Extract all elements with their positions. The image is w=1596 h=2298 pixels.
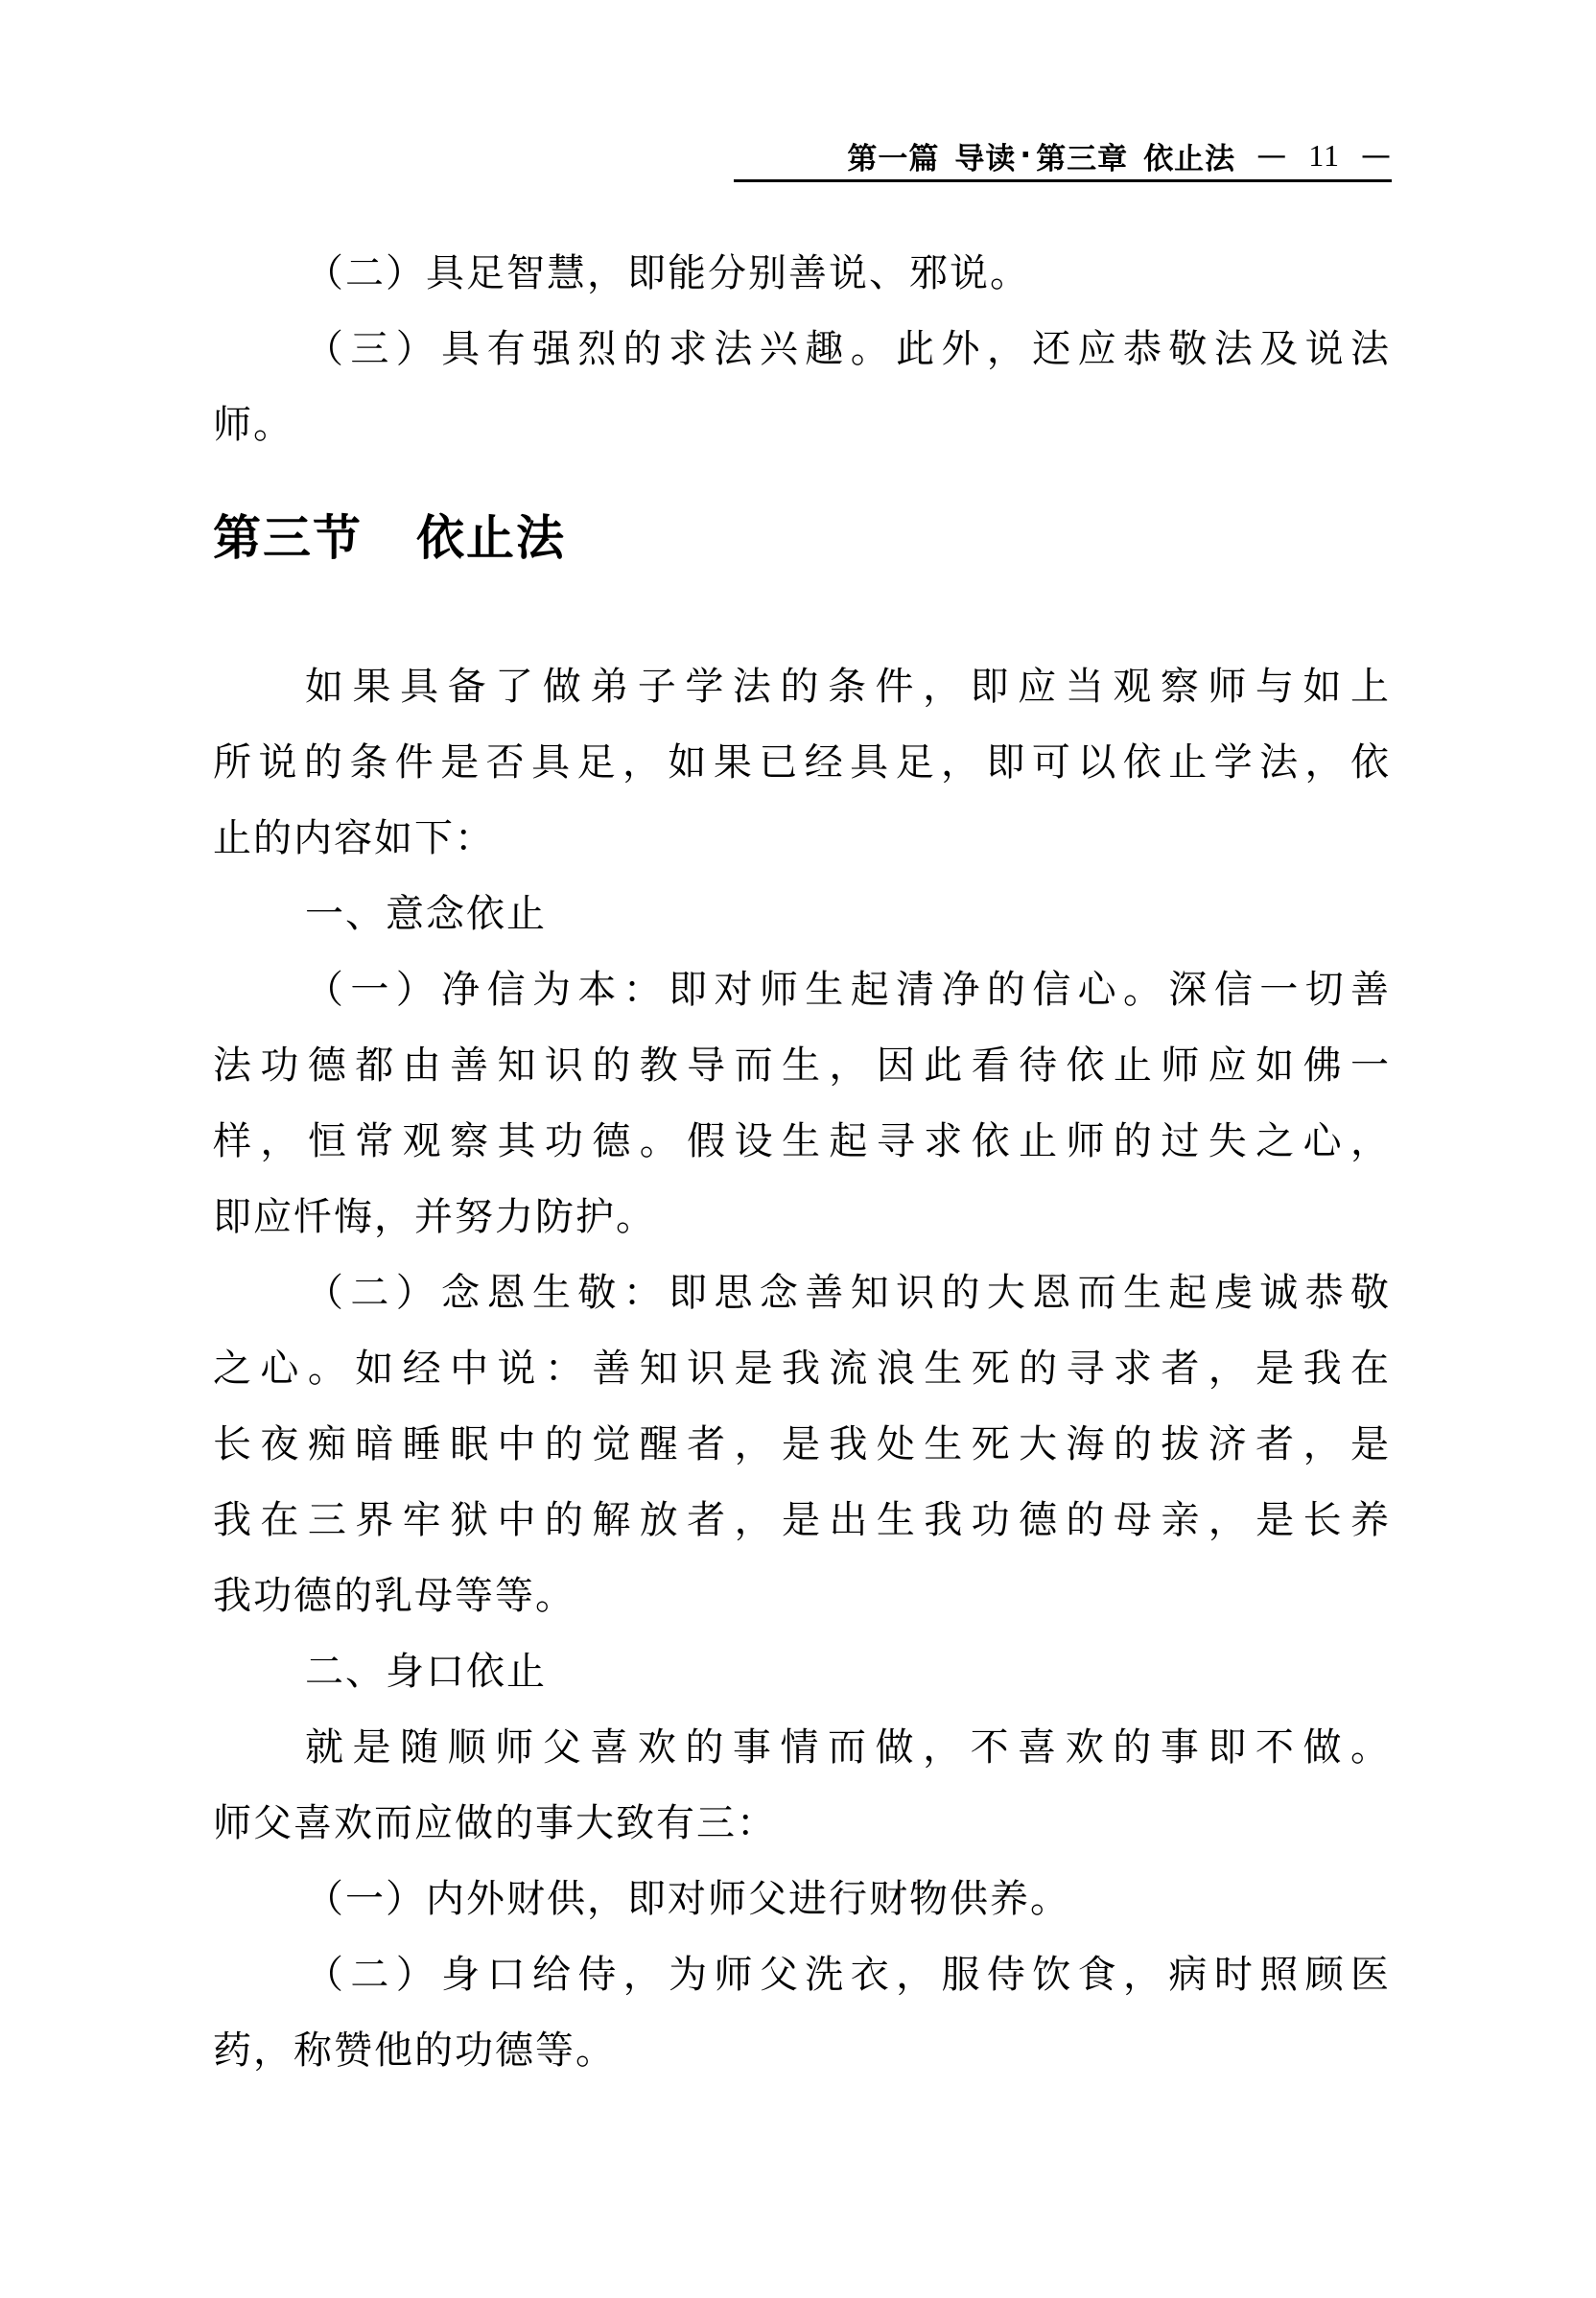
subheading-mental-reliance: 一、意念依止 bbox=[213, 877, 1391, 952]
text-line: （二）具足智慧，即能分别善说、邪说。 bbox=[213, 236, 1391, 312]
header-part: 第一篇 bbox=[847, 134, 939, 177]
paragraph-remember-kindness: （二）念恩生敬：即思念善知识的大恩而生起虔诚恭敬 之心。如经中说：善知识是我流浪… bbox=[213, 1255, 1391, 1634]
text-line: 师。 bbox=[213, 387, 1391, 463]
section-name: 依止法 bbox=[416, 510, 566, 566]
text-line: 我在三界牢狱中的解放者，是出生我功德的母亲，是长养 bbox=[213, 1483, 1391, 1559]
text-line: 之心。如经中说：善知识是我流浪生死的寻求者，是我在 bbox=[213, 1331, 1391, 1407]
header-chapter: 第三章 bbox=[1036, 134, 1128, 177]
text-line: 我功德的乳母等等。 bbox=[213, 1559, 1391, 1634]
header-separator: · bbox=[1020, 138, 1032, 173]
paragraph-attendance: （二）身口给侍，为师父洗衣，服侍饮食，病时照顾医 药，称赞他的功德等。 bbox=[213, 1937, 1391, 2089]
text-line: 法功德都由善知识的教导而生，因此看待依止师应如佛一 bbox=[213, 1028, 1391, 1104]
paragraph-interest: （三）具有强烈的求法兴趣。此外，还应恭敬法及说法 师。 bbox=[213, 312, 1391, 463]
running-header: 第一篇 导读 · 第三章 依止法 — 11 — bbox=[734, 131, 1392, 182]
text-line: 就是随顺师父喜欢的事情而做，不喜欢的事即不做。 bbox=[213, 1710, 1391, 1786]
header-part-title: 导读 bbox=[954, 134, 1016, 177]
text-line: （一）内外财供，即对师父进行财物供养。 bbox=[213, 1862, 1391, 1937]
text-line: 即应忏悔，并努力防护。 bbox=[213, 1180, 1391, 1255]
text-line: 如果具备了做弟子学法的条件，即应当观察师与如上 bbox=[213, 649, 1391, 725]
text-line: （二）念恩生敬：即思念善知识的大恩而生起虔诚恭敬 bbox=[213, 1255, 1391, 1331]
header-chapter-title: 依止法 bbox=[1143, 134, 1235, 177]
text-line: （三）具有强烈的求法兴趣。此外，还应恭敬法及说法 bbox=[213, 312, 1391, 387]
paragraph-follow-master: 就是随顺师父喜欢的事情而做，不喜欢的事即不做。 师父喜欢而应做的事大致有三： bbox=[213, 1710, 1391, 1862]
text-line: （一）净信为本：即对师生起清净的信心。深信一切善 bbox=[213, 952, 1391, 1028]
text-line: 样，恒常观察其功德。假设生起寻求依止师的过失之心， bbox=[213, 1104, 1391, 1180]
page-number-dash-right: — bbox=[1361, 138, 1392, 173]
text-line: （二）身口给侍，为师父洗衣，服侍饮食，病时照顾医 bbox=[213, 1937, 1391, 2013]
paragraph-intro: 如果具备了做弟子学法的条件，即应当观察师与如上 所说的条件是否具足，如果已经具足… bbox=[213, 649, 1391, 877]
section-number: 第三节 bbox=[213, 509, 363, 567]
text-line: 所说的条件是否具足，如果已经具足，即可以依止学法，依 bbox=[213, 725, 1391, 801]
page-number-dash-left: — bbox=[1256, 138, 1287, 173]
section-title: 第三节依止法 bbox=[213, 509, 1391, 567]
text-line: 长夜痴暗睡眠中的觉醒者，是我处生死大海的拔济者，是 bbox=[213, 1407, 1391, 1483]
text-line: 药，称赞他的功德等。 bbox=[213, 2013, 1391, 2089]
page-body: （二）具足智慧，即能分别善说、邪说。 （三）具有强烈的求法兴趣。此外，还应恭敬法… bbox=[213, 236, 1391, 2089]
page-number: 11 bbox=[1308, 138, 1340, 174]
text-line: 止的内容如下： bbox=[213, 801, 1391, 877]
paragraph-material-offering: （一）内外财供，即对师父进行财物供养。 bbox=[213, 1862, 1391, 1937]
text-line: 师父喜欢而应做的事大致有三： bbox=[213, 1786, 1391, 1862]
paragraph-pure-faith: （一）净信为本：即对师生起清净的信心。深信一切善 法功德都由善知识的教导而生，因… bbox=[213, 952, 1391, 1255]
subheading-body-speech-reliance: 二、身口依止 bbox=[213, 1634, 1391, 1710]
paragraph-wisdom: （二）具足智慧，即能分别善说、邪说。 bbox=[213, 236, 1391, 312]
